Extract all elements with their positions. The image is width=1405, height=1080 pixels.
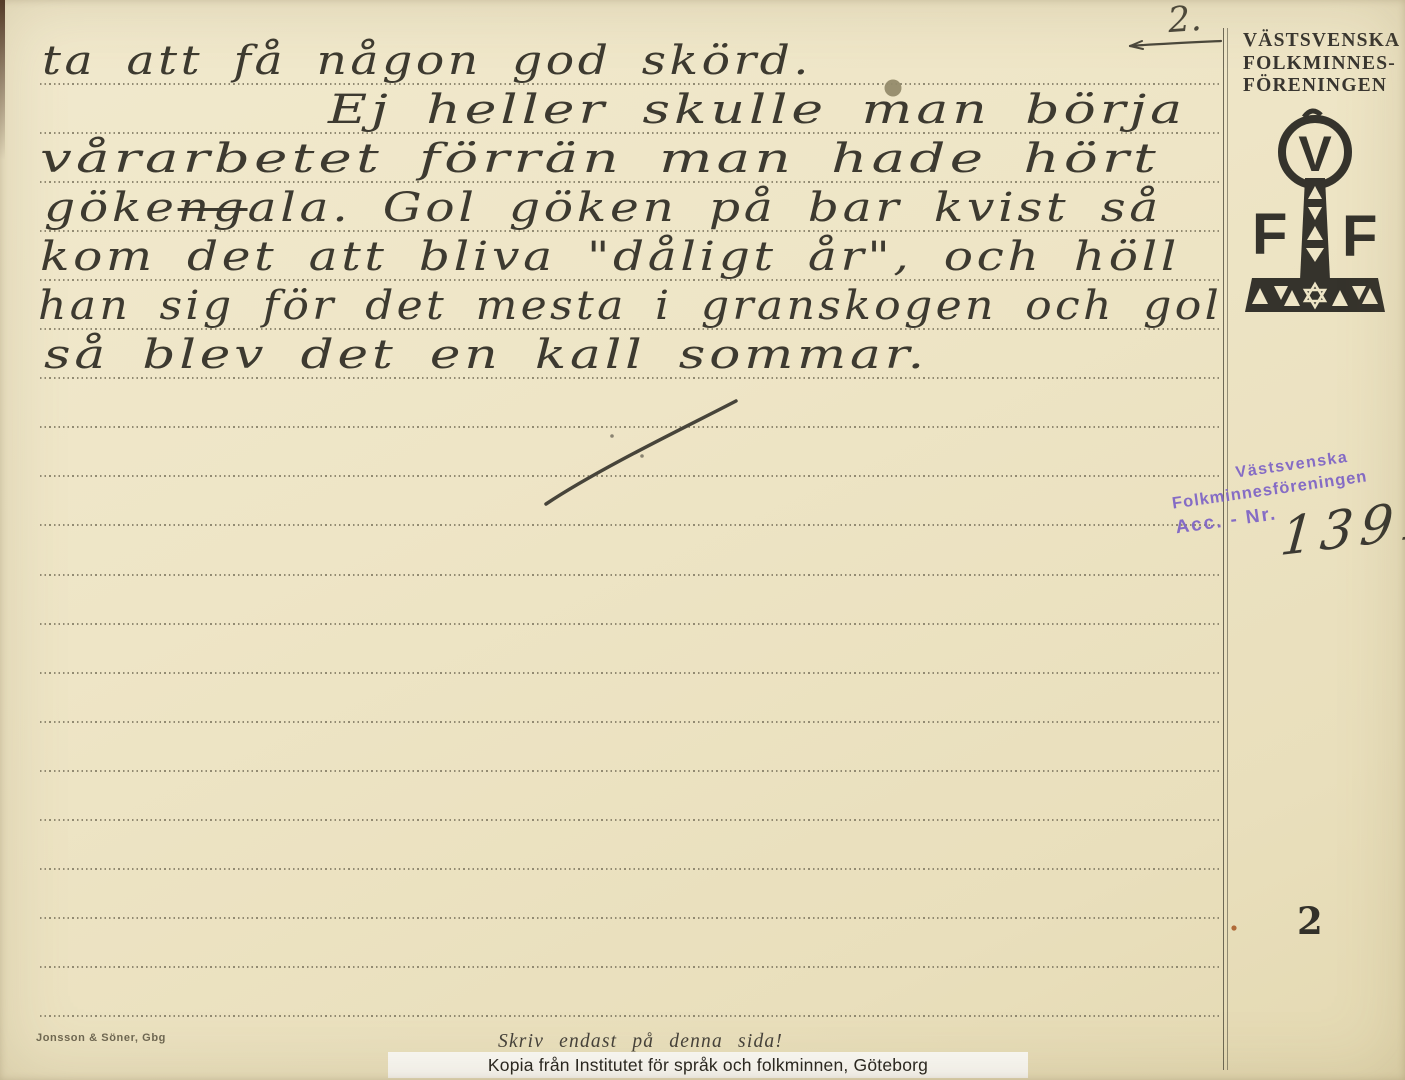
- ruled-line: [40, 524, 1222, 526]
- ruled-line: [40, 426, 1222, 428]
- logo-letter-v: V: [1298, 126, 1332, 182]
- speck: [640, 454, 644, 458]
- org-line-2: FOLKMINNES-: [1243, 53, 1403, 76]
- struck-out-letters: ng: [178, 185, 248, 231]
- scanned-manuscript-page: 2. VÄSTSVENSKA FOLKMINNES- FÖRENINGEN V …: [0, 0, 1405, 1080]
- ruled-line: [40, 623, 1222, 625]
- org-line-1: VÄSTSVENSKA: [1243, 30, 1403, 53]
- ruled-line: [40, 917, 1222, 919]
- manuscript-line: vårarbetet förrän man hade hört: [40, 134, 1160, 184]
- page-number-underline: [1130, 41, 1221, 46]
- manuscript-line: så blev det en kall sommar.: [44, 330, 928, 380]
- manuscript-line: Ej heller skulle man börja: [328, 85, 1186, 135]
- speck: [1231, 925, 1236, 930]
- ruled-line: [40, 868, 1222, 870]
- manuscript-line: kom det att bliva "dåligt år", och höll: [40, 232, 1180, 282]
- printer-credit: Jonsson & Söner, Gbg: [36, 1032, 166, 1044]
- word-part: göke: [44, 185, 178, 231]
- end-slash-mark: [546, 401, 736, 504]
- manuscript-line: gökengala. Gol göken på bar kvist så: [44, 183, 1162, 233]
- vff-thors-hammer-logo: V F F: [1240, 100, 1392, 318]
- copy-credit: Kopia från Institutet för språk och folk…: [488, 1055, 928, 1076]
- ruled-line: [40, 1015, 1222, 1017]
- speck: [610, 434, 614, 438]
- write-only-instruction: Skriv endast på denna sida!: [498, 1031, 783, 1053]
- manuscript-line: han sig för det mesta i granskogen och g…: [38, 281, 1222, 331]
- ruled-line: [40, 574, 1222, 576]
- ruled-line: [40, 475, 1222, 477]
- right-margin-line: [1223, 28, 1228, 1070]
- word-part: ala. Gol göken på bar kvist så: [248, 185, 1162, 231]
- organization-name: VÄSTSVENSKA FOLKMINNES- FÖRENINGEN: [1243, 30, 1403, 98]
- copy-credit-strip: Kopia från Institutet för språk och folk…: [388, 1052, 1028, 1078]
- ruled-line: [40, 770, 1222, 772]
- page-number-bottom-printed: 2: [1297, 899, 1323, 943]
- underline-arrowhead: [1130, 41, 1143, 49]
- manuscript-line: ta att få någon god skörd.: [42, 36, 812, 86]
- page-number-top-handwritten: 2.: [1167, 0, 1203, 41]
- ruled-line: [40, 721, 1222, 723]
- ruled-line: [40, 966, 1222, 968]
- org-line-3: FÖRENINGEN: [1243, 75, 1403, 98]
- paper-edge-shadow: [0, 0, 5, 160]
- logo-letter-f-right: F: [1342, 204, 1377, 269]
- ruled-line: [40, 819, 1222, 821]
- ruled-line: [40, 672, 1222, 674]
- logo-letter-f-left: F: [1252, 202, 1287, 267]
